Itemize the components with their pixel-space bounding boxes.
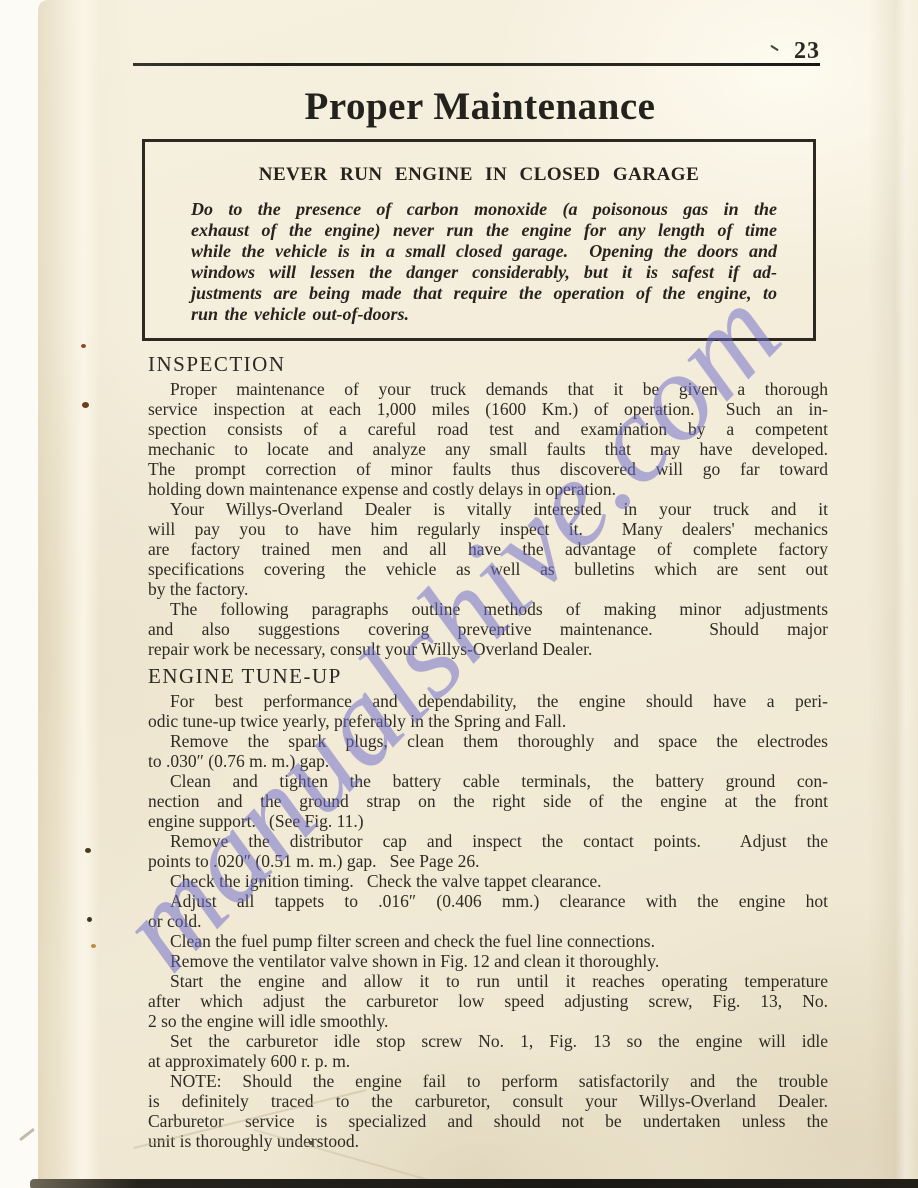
body-line: at approximately 600 r. p. m. <box>148 1051 828 1071</box>
paper-speck <box>309 1141 313 1145</box>
body-line: The prompt correction of minor faults th… <box>148 459 828 479</box>
body-line: is definitely traced to the carburetor, … <box>148 1091 828 1111</box>
body-line: Remove the distributor cap and inspect t… <box>148 831 828 851</box>
page-number: 23 <box>794 38 820 65</box>
body-line: will pay you to have him regularly inspe… <box>148 519 828 539</box>
paper-speck <box>85 848 91 853</box>
paper-speck <box>81 344 86 348</box>
body-line: Proper maintenance of your truck demands… <box>148 379 828 399</box>
paragraph: Clean the fuel pump filter screen and ch… <box>148 931 828 951</box>
warning-heading: NEVER RUN ENGINE IN CLOSED GARAGE <box>155 164 803 186</box>
paragraph: Remove the distributor cap and inspect t… <box>148 831 828 871</box>
body-line: 2 so the engine will idle smoothly. <box>148 1011 828 1031</box>
body-line: engine support. (See Fig. 11.) <box>148 811 828 831</box>
body-line: Set the carburetor idle stop screw No. 1… <box>148 1031 828 1051</box>
body-line: Carburetor service is specialized and sh… <box>148 1111 828 1131</box>
body-line: are factory trained men and all have the… <box>148 539 828 559</box>
body-line: or cold. <box>148 911 828 931</box>
body-line: after which adjust the carburetor low sp… <box>148 991 828 1011</box>
header-rule <box>133 63 820 66</box>
pencil-mark <box>19 1128 35 1141</box>
paper-speck <box>87 917 92 922</box>
paragraph: Clean and tighten the battery cable term… <box>148 771 828 831</box>
warning-line: Do to the presence of carbon monoxide (a… <box>191 199 777 220</box>
body-content: INSPECTIONProper maintenance of your tru… <box>148 352 828 1151</box>
paragraph: Start the engine and allow it to run unt… <box>148 971 828 1031</box>
scan-background: 23 Proper Maintenance NEVER RUN ENGINE I… <box>0 0 918 1188</box>
warning-line: justments are being made that require th… <box>191 283 777 304</box>
body-line: nection and the ground strap on the righ… <box>148 791 828 811</box>
body-line: Your Willys-Overland Dealer is vitally i… <box>148 499 828 519</box>
body-line: Clean and tighten the battery cable term… <box>148 771 828 791</box>
body-line: odic tune-up twice yearly, preferably in… <box>148 711 828 731</box>
body-line: Start the engine and allow it to run unt… <box>148 971 828 991</box>
warning-box: NEVER RUN ENGINE IN CLOSED GARAGE Do to … <box>142 139 816 341</box>
bottom-scan-edge <box>30 1179 918 1188</box>
warning-text: Do to the presence of carbon monoxide (a… <box>191 199 777 325</box>
paragraph: For best performance and dependability, … <box>148 691 828 731</box>
paragraph: Adjust all tappets to .016″ (0.406 mm.) … <box>148 891 828 931</box>
warning-line: while the vehicle is in a small closed g… <box>191 241 777 262</box>
body-line: spection consists of a careful road test… <box>148 419 828 439</box>
warning-line: windows will lessen the danger considera… <box>191 262 777 283</box>
paper-speck <box>82 402 89 408</box>
section-heading: ENGINE TUNE-UP <box>148 664 828 688</box>
paragraph: Check the ignition timing. Check the val… <box>148 871 828 891</box>
body-line: Remove the ventilator valve shown in Fig… <box>148 951 828 971</box>
body-line: unit is thoroughly understood. <box>148 1131 828 1151</box>
body-line: to .030″ (0.76 m. m.) gap. <box>148 751 828 771</box>
body-line: mechanic to locate and analyze any small… <box>148 439 828 459</box>
paragraph: The following paragraphs outline methods… <box>148 599 828 659</box>
body-line: The following paragraphs outline methods… <box>148 599 828 619</box>
body-line: service inspection at each 1,000 miles (… <box>148 399 828 419</box>
body-line: Remove the spark plugs, clean them thoro… <box>148 731 828 751</box>
body-line: by the factory. <box>148 579 828 599</box>
body-line: Adjust all tappets to .016″ (0.406 mm.) … <box>148 891 828 911</box>
warning-line: exhaust of the engine) never run the eng… <box>191 220 777 241</box>
body-line: repair work be necessary, consult your W… <box>148 639 828 659</box>
section-heading: INSPECTION <box>148 352 828 376</box>
paragraph: Set the carburetor idle stop screw No. 1… <box>148 1031 828 1071</box>
body-line: NOTE: Should the engine fail to perform … <box>148 1071 828 1091</box>
body-line: holding down maintenance expense and cos… <box>148 479 828 499</box>
page-title: Proper Maintenance <box>120 84 840 129</box>
paragraph: Remove the ventilator valve shown in Fig… <box>148 951 828 971</box>
paragraph: NOTE: Should the engine fail to perform … <box>148 1071 828 1151</box>
paragraph: Your Willys-Overland Dealer is vitally i… <box>148 499 828 599</box>
body-line: Clean the fuel pump filter screen and ch… <box>148 931 828 951</box>
body-line: For best performance and dependability, … <box>148 691 828 711</box>
paper-speck <box>91 944 96 948</box>
paragraph: Proper maintenance of your truck demands… <box>148 379 828 499</box>
body-line: specifications covering the vehicle as w… <box>148 559 828 579</box>
paragraph: Remove the spark plugs, clean them thoro… <box>148 731 828 771</box>
warning-line: run the vehicle out-of-doors. <box>191 304 777 325</box>
body-line: Check the ignition timing. Check the val… <box>148 871 828 891</box>
body-line: points to .020″ (0.51 m. m.) gap. See Pa… <box>148 851 828 871</box>
body-line: and also suggestions covering preventive… <box>148 619 828 639</box>
